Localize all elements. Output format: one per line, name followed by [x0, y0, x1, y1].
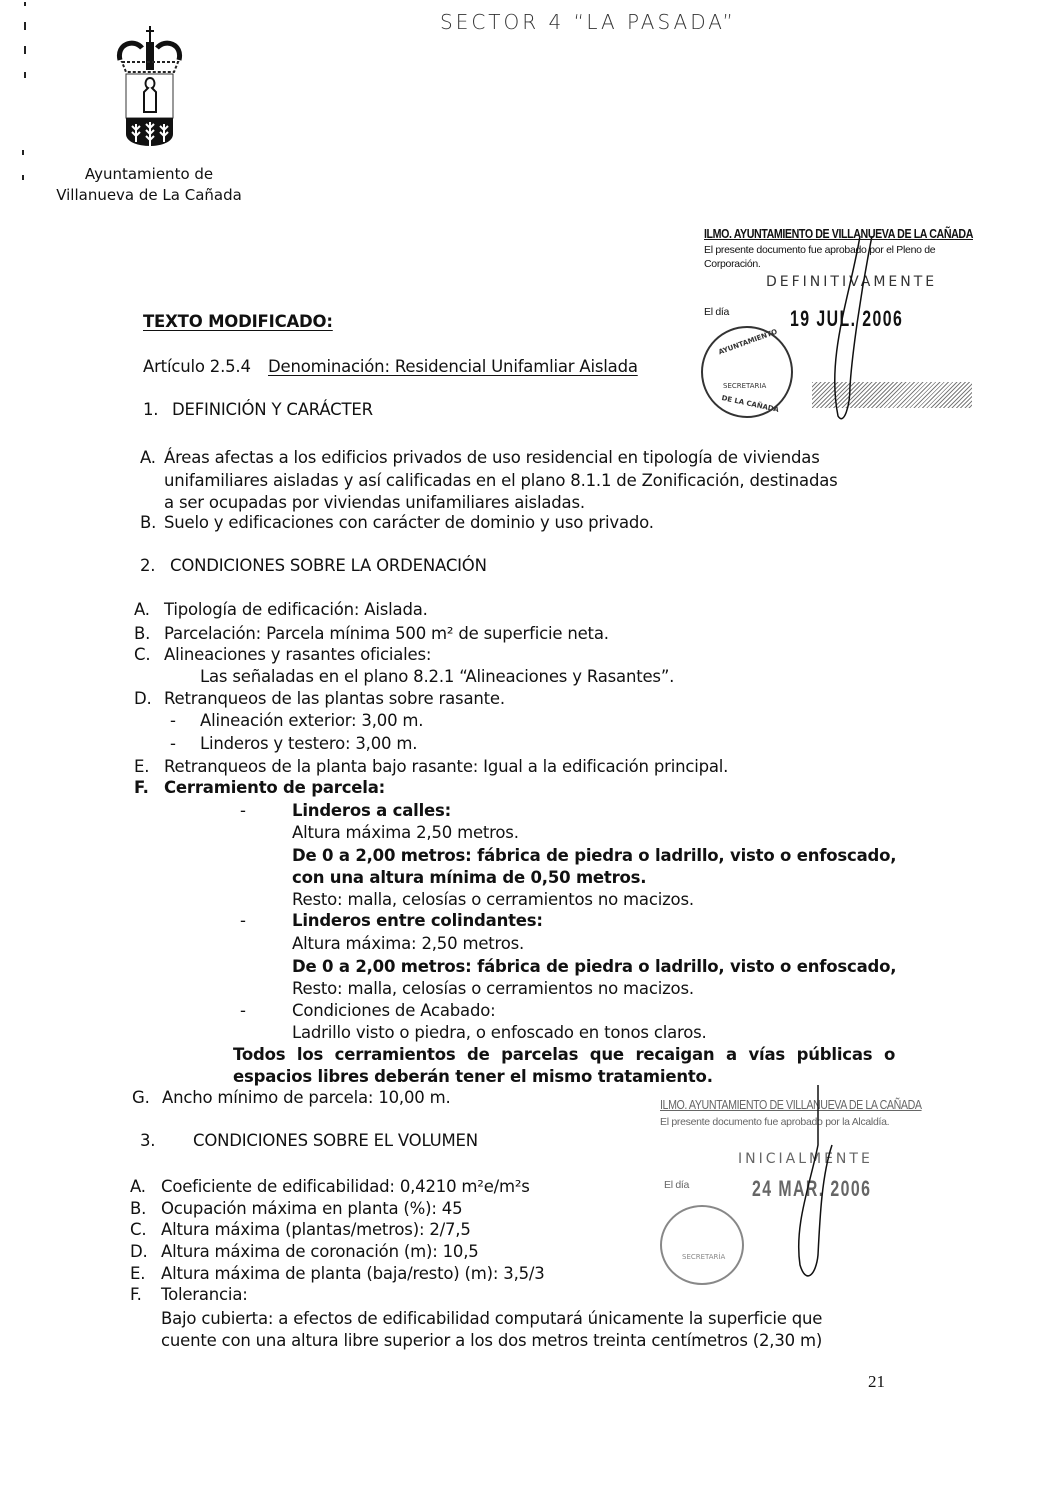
- fence-title: Linderos entre colindantes:: [292, 911, 543, 930]
- fence-line: Resto: malla, celosías o cerramientos no…: [292, 979, 694, 998]
- bullet-dash: -: [240, 1001, 246, 1020]
- item-label: B.: [140, 513, 156, 532]
- item-text: Ocupación máxima en planta (%): 45: [161, 1199, 462, 1218]
- item-text: Tipología de edificación: Aislada.: [164, 600, 428, 619]
- seal-text: AYUNTAMIENTO: [718, 328, 779, 357]
- section-3-heading: CONDICIONES SOBRE EL VOLUMEN: [193, 1131, 478, 1150]
- fence-line: Altura máxima 2,50 metros.: [292, 823, 519, 842]
- item-text: Altura máxima de coronación (m): 10,5: [161, 1242, 479, 1261]
- page-number: 21: [868, 1372, 885, 1392]
- article-title: Denominación: Residencial Unifamliar Ais…: [268, 357, 638, 376]
- logo-caption-line2: Villanueva de La Cañada: [49, 185, 249, 206]
- margin-mark: [24, 46, 26, 54]
- item-label: C.: [134, 645, 150, 664]
- item-label: A.: [134, 600, 150, 619]
- section-1-heading: DEFINICIÓN Y CARÁCTER: [172, 400, 373, 419]
- section-3-number: 3.: [140, 1131, 155, 1150]
- bullet-dash: -: [170, 711, 176, 730]
- item-label: G.: [132, 1088, 150, 1107]
- item-text: Parcelación: Parcela mínima 500 m² de su…: [164, 624, 609, 643]
- item-label: C.: [130, 1220, 146, 1239]
- stamp-date-label: El día: [704, 306, 729, 318]
- item-text: Coeficiente de edificabilidad: 0,4210 m²…: [161, 1177, 530, 1196]
- section-1-number: 1.: [143, 400, 158, 419]
- item-text: Cerramiento de parcela:: [164, 778, 385, 797]
- fence-line: con una altura mínima de 0,50 metros.: [292, 868, 646, 887]
- signature-stroke: [790, 1085, 840, 1285]
- item-text: Bajo cubierta: a efectos de edificabilid…: [161, 1309, 822, 1328]
- stamp-line: El presente documento fue aprobado por l…: [660, 1116, 889, 1128]
- fence-closing: espacios libres deberán tener el mismo t…: [233, 1067, 713, 1086]
- logo-caption-line1: Ayuntamiento de: [49, 164, 249, 185]
- fence-title: Linderos a calles:: [292, 801, 451, 820]
- fence-line: Altura máxima: 2,50 metros.: [292, 934, 524, 953]
- bullet-text: Alineación exterior: 3,00 m.: [200, 711, 423, 730]
- item-text: Altura máxima de planta (baja/resto) (m)…: [161, 1264, 545, 1283]
- seal-text: SECRETARIA: [723, 382, 766, 390]
- item-label: A.: [130, 1177, 146, 1196]
- item-label: E.: [134, 757, 149, 776]
- item-label: D.: [130, 1242, 148, 1261]
- municipal-seal: SECRETARÍA: [660, 1205, 744, 1285]
- seal-text: SECRETARÍA: [682, 1253, 725, 1261]
- margin-mark: [22, 150, 24, 155]
- item-label: B.: [130, 1199, 146, 1218]
- seal-text: DE LA CAÑADA: [721, 394, 780, 414]
- fence-line: De 0 a 2,00 metros: fábrica de piedra o …: [292, 957, 896, 976]
- fence-line: Resto: malla, celosías o cerramientos no…: [292, 890, 694, 909]
- item-label: B.: [134, 624, 150, 643]
- margin-mark: [24, 22, 26, 30]
- bullet-text: Linderos y testero: 3,00 m.: [200, 734, 417, 753]
- margin-mark: [24, 2, 26, 6]
- item-subtext: Las señaladas en el plano 8.2.1 “Alineac…: [200, 667, 674, 686]
- stamp-date-label: El día: [664, 1179, 689, 1191]
- item-text: Áreas afectas a los edificios privados d…: [164, 448, 820, 467]
- section-2-number: 2.: [140, 556, 155, 575]
- signature-stroke: [820, 236, 880, 426]
- item-text: Ancho mínimo de parcela: 10,00 m.: [162, 1088, 451, 1107]
- item-text: unifamiliares aisladas y así calificadas…: [164, 471, 838, 490]
- item-text: Tolerancia:: [161, 1285, 248, 1304]
- municipal-seal: AYUNTAMIENTO SECRETARIA DE LA CAÑADA: [701, 326, 793, 418]
- handwritten-note: SECTOR 4 “LA PASADA”: [440, 10, 736, 34]
- fence-title: Condiciones de Acabado:: [292, 1001, 496, 1020]
- stamp-line: Corporación.: [704, 258, 761, 270]
- bullet-dash: -: [240, 911, 246, 930]
- item-text: Alineaciones y rasantes oficiales:: [164, 645, 431, 664]
- margin-mark: [24, 72, 26, 78]
- fence-line: Ladrillo visto o piedra, o enfoscado en …: [292, 1023, 707, 1042]
- item-label: D.: [134, 689, 152, 708]
- bullet-dash: -: [170, 734, 176, 753]
- item-text: Suelo y edificaciones con carácter de do…: [164, 513, 654, 532]
- item-text: a ser ocupadas por viviendas unifamiliar…: [164, 493, 585, 512]
- item-label: A.: [140, 448, 156, 467]
- item-text: Retranqueos de la planta bajo rasante: I…: [164, 757, 728, 776]
- item-text: Retranqueos de las plantas sobre rasante…: [164, 689, 505, 708]
- section-2-heading: CONDICIONES SOBRE LA ORDENACIÓN: [170, 556, 487, 575]
- margin-mark: [22, 175, 24, 180]
- section-title: TEXTO MODIFICADO:: [143, 312, 333, 331]
- item-text: cuente con una altura libre superior a l…: [161, 1331, 822, 1350]
- item-text: Altura máxima (plantas/metros): 2/7,5: [161, 1220, 471, 1239]
- bullet-dash: -: [240, 801, 246, 820]
- item-label: F.: [134, 778, 149, 797]
- fence-line: De 0 a 2,00 metros: fábrica de piedra o …: [292, 846, 896, 865]
- item-label: E.: [130, 1264, 145, 1283]
- article-number: Artículo 2.5.4: [143, 357, 251, 376]
- fence-closing: Todos los cerramientos de parcelas que r…: [233, 1045, 895, 1064]
- item-label: F.: [130, 1285, 142, 1304]
- coat-of-arms-icon: [112, 24, 187, 156]
